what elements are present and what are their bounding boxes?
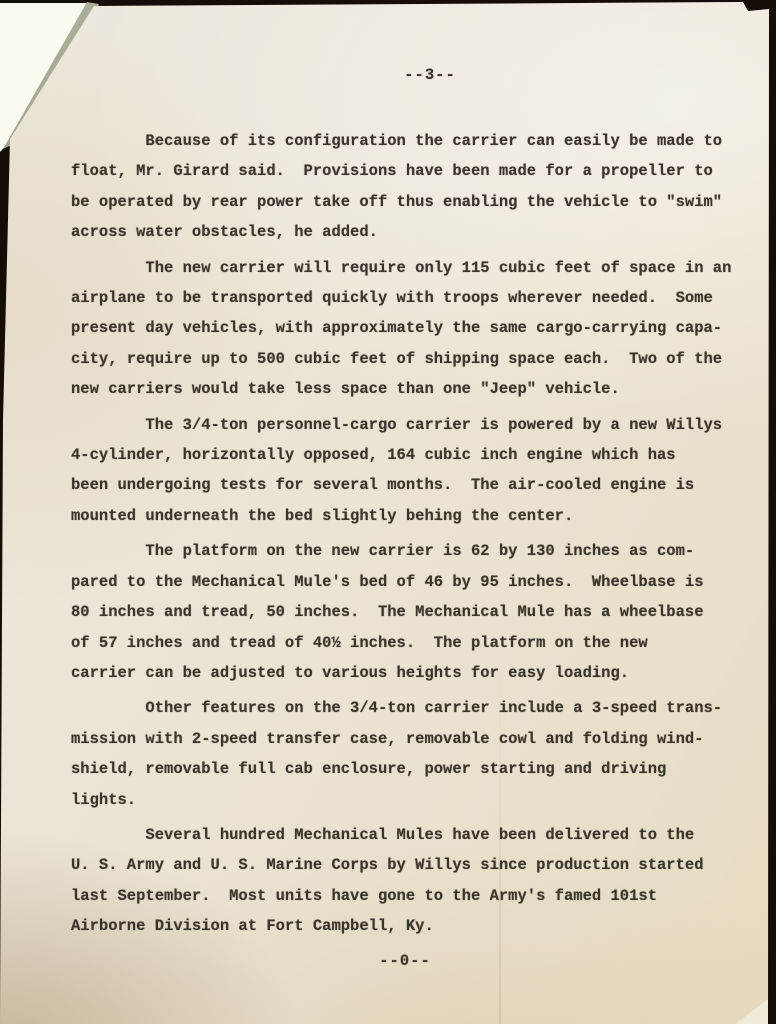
text-line: Because of its configuration the carrier… <box>71 126 739 156</box>
document-page: --3-- Because of its configuration the c… <box>0 0 776 1024</box>
text-line: 80 inches and tread, 50 inches. The Mech… <box>71 597 739 627</box>
text-line: present day vehicles, with approximately… <box>71 313 739 343</box>
text-line: be operated by rear power take off thus … <box>71 187 739 217</box>
text-line: city, require up to 500 cubic feet of sh… <box>71 344 739 374</box>
text-line: new carriers would take less space than … <box>71 374 739 404</box>
text-line: shield, removable full cab enclosure, po… <box>71 754 739 784</box>
text-line: pared to the Mechanical Mule's bed of 46… <box>71 567 739 597</box>
text-line: U. S. Army and U. S. Marine Corps by Wil… <box>71 850 739 880</box>
text-line: float, Mr. Girard said. Provisions have … <box>71 156 739 186</box>
text-line: The platform on the new carrier is 62 by… <box>71 536 739 566</box>
photo-background: --3-- Because of its configuration the c… <box>0 0 776 1024</box>
paragraph-deliveries: Several hundred Mechanical Mules have be… <box>71 820 739 942</box>
text-line: Other features on the 3/4-ton carrier in… <box>71 693 739 723</box>
text-line: carrier can be adjusted to various heigh… <box>71 658 739 688</box>
text-line: airplane to be transported quickly with … <box>71 283 739 313</box>
text-line: 4-cylinder, horizontally opposed, 164 cu… <box>71 440 739 470</box>
text-line: mission with 2-speed transfer case, remo… <box>71 724 739 754</box>
text-line: mounted underneath the bed slightly behi… <box>71 501 739 531</box>
paragraph-engine: The 3/4-ton personnel-cargo carrier is p… <box>71 410 739 532</box>
text-line: of 57 inches and tread of 40½ inches. Th… <box>71 628 739 658</box>
document-body: Because of its configuration the carrier… <box>71 126 739 947</box>
paragraph-configuration-float: Because of its configuration the carrier… <box>71 126 739 248</box>
text-line: last September. Most units have gone to … <box>71 881 739 911</box>
text-line: Airborne Division at Fort Campbell, Ky. <box>71 911 739 941</box>
text-line: lights. <box>71 785 739 815</box>
paragraph-other-features: Other features on the 3/4-ton carrier in… <box>71 693 739 815</box>
text-line: Several hundred Mechanical Mules have be… <box>71 820 739 850</box>
text-line: been undergoing tests for several months… <box>71 470 739 500</box>
paragraph-platform-dimensions: The platform on the new carrier is 62 by… <box>71 536 739 688</box>
text-line: The 3/4-ton personnel-cargo carrier is p… <box>71 410 739 440</box>
text-line: across water obstacles, he added. <box>71 217 739 247</box>
end-mark: --0-- <box>75 946 735 976</box>
page-number: --3-- <box>90 66 770 84</box>
paragraph-shipping-space: The new carrier will require only 115 cu… <box>71 253 739 405</box>
text-line: The new carrier will require only 115 cu… <box>71 253 739 283</box>
